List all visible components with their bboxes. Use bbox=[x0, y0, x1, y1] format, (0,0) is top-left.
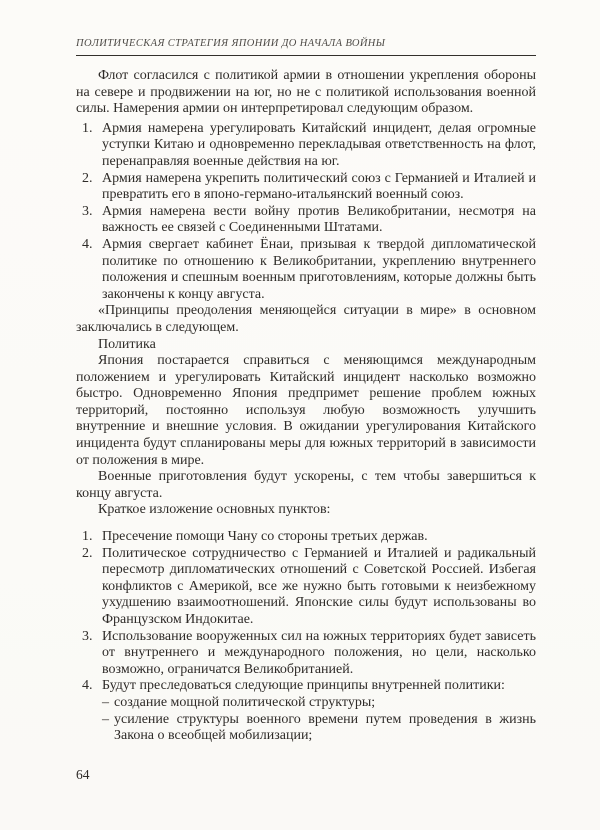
summary-points-list: 1. Пресечение помощи Чану со стороны тре… bbox=[76, 529, 536, 745]
list-item-number: 2. bbox=[82, 546, 93, 563]
list-item-number: 3. bbox=[82, 629, 93, 646]
list-item-text: Армия намерена вести войну против Велико… bbox=[102, 204, 536, 236]
list-item-text: Политическое сотрудничество с Германией … bbox=[102, 546, 536, 627]
sub-list-item-text: усиление структуры военного времени путе… bbox=[114, 712, 536, 744]
paragraph-policy-1: Япония постарается справиться с меняющим… bbox=[76, 353, 536, 469]
sub-list-item-dash: – bbox=[102, 695, 109, 712]
sub-list-item-dash: – bbox=[102, 712, 109, 729]
list-item-text: Армия намерена укрепить политический сою… bbox=[102, 171, 536, 203]
list-item-text: Использование вооруженных сил на южных т… bbox=[102, 629, 536, 677]
summary-heading: Краткое изложение основных пунктов: bbox=[76, 502, 536, 519]
list-item-text: Армия свергает кабинет Ёнаи, призывая к … bbox=[102, 237, 536, 302]
list-item-text: Пресечение помощи Чану со стороны третьи… bbox=[102, 529, 428, 544]
sub-list-item-text: создание мощной политической структуры; bbox=[114, 695, 375, 710]
list-item-number: 4. bbox=[82, 678, 93, 695]
list-item: 2. Армия намерена укрепить политический … bbox=[76, 171, 536, 204]
paragraph-intro: Флот согласился с политикой армии в отно… bbox=[76, 68, 536, 118]
page-body: Флот согласился с политикой армии в отно… bbox=[76, 68, 536, 745]
page-number: 64 bbox=[76, 767, 90, 783]
list-item: 2. Политическое сотрудничество с Германи… bbox=[76, 546, 536, 629]
header-rule bbox=[76, 55, 536, 56]
sub-list-item: – усиление структуры военного времени пу… bbox=[76, 712, 536, 745]
list-item-number: 2. bbox=[82, 171, 93, 188]
list-item-text: Армия намерена урегулировать Китайский и… bbox=[102, 121, 536, 169]
sub-list-item: – создание мощной политической структуры… bbox=[76, 695, 536, 712]
paragraph-principles: «Принципы преодоления меняющейся ситуаци… bbox=[76, 303, 536, 336]
list-item-number: 4. bbox=[82, 237, 93, 254]
running-header-title: ПОЛИТИЧЕСКАЯ СТРАТЕГИЯ ЯПОНИИ ДО НАЧАЛА … bbox=[76, 38, 385, 49]
list-item: 4. Будут преследоваться следующие принци… bbox=[76, 678, 536, 695]
army-intentions-list: 1. Армия намерена урегулировать Китайски… bbox=[76, 121, 536, 304]
book-page: ПОЛИТИЧЕСКАЯ СТРАТЕГИЯ ЯПОНИИ ДО НАЧАЛА … bbox=[0, 0, 600, 830]
list-item-number: 1. bbox=[82, 121, 93, 138]
running-header: ПОЛИТИЧЕСКАЯ СТРАТЕГИЯ ЯПОНИИ ДО НАЧАЛА … bbox=[76, 38, 536, 49]
paragraph-policy-2: Военные приготовления будут ускорены, с … bbox=[76, 469, 536, 502]
list-item-number: 3. bbox=[82, 204, 93, 221]
subheading-policy: Политика bbox=[76, 337, 536, 354]
list-item: 1. Пресечение помощи Чану со стороны тре… bbox=[76, 529, 536, 546]
list-item: 1. Армия намерена урегулировать Китайски… bbox=[76, 121, 536, 171]
list-item: 4. Армия свергает кабинет Ёнаи, призывая… bbox=[76, 237, 536, 303]
list-item: 3. Использование вооруженных сил на южны… bbox=[76, 629, 536, 679]
list-item-number: 1. bbox=[82, 529, 93, 546]
list-item: 3. Армия намерена вести войну против Вел… bbox=[76, 204, 536, 237]
list-item-text: Будут преследоваться следующие принципы … bbox=[102, 678, 505, 693]
